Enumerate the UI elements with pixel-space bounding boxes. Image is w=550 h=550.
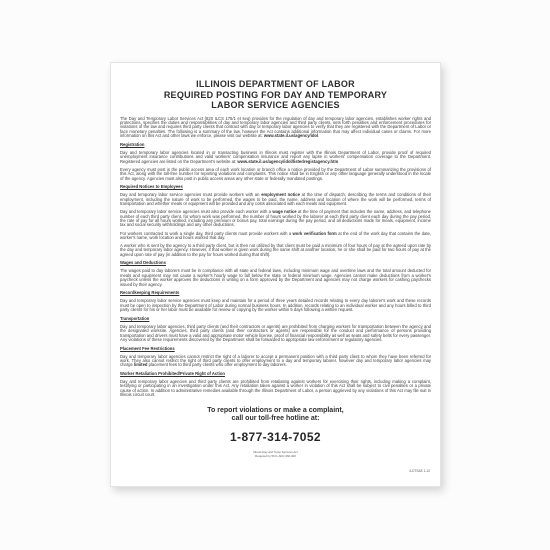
section-paragraph: Day and temporary labor agencies, third …	[120, 325, 431, 343]
poster-sections: RegistrationDay and temporary labor agen…	[120, 143, 431, 398]
intro-paragraph: The Day and Temporary Labor Services Act…	[120, 117, 431, 139]
section-paragraph: A worker who is sent by the agency to a …	[120, 244, 431, 257]
section-heading: Placement Fee Restrictions	[120, 347, 431, 351]
section-heading: Recordkeeping Requirements	[120, 291, 431, 295]
poster-title-line-3: LABOR SERVICE AGENCIES	[120, 100, 431, 111]
footer-act-reference: Illinois Day and Temp Services Act Requi…	[120, 451, 431, 458]
section-paragraph: Day and temporary labor service agencies…	[120, 299, 431, 312]
section-paragraph: Day and temporary labor service agencies…	[120, 210, 431, 228]
section-heading: Required Notices to Employees	[120, 185, 431, 189]
section-heading: Transportation	[120, 317, 431, 321]
footer-act-line-2: Required by 56 IL ADC 260.400	[120, 455, 431, 459]
poster-title-line-1: ILLINOIS DEPARTMENT OF LABOR	[120, 79, 431, 90]
section-paragraph: Every agency must post in the public acc…	[120, 168, 431, 181]
section-paragraph: For workers contracted to work a single …	[120, 232, 431, 241]
section-paragraph: The wages paid to day laborers must be i…	[120, 269, 431, 287]
section-heading: Worker Retaliation Prohibited/Private Ri…	[120, 372, 431, 376]
hotline-block: To report violations or make a complaint…	[120, 407, 431, 444]
hotline-line-2: call our toll-free hotline at:	[120, 415, 431, 424]
section-paragraph: Day and temporary labor agencies and thi…	[120, 380, 431, 398]
section-paragraph: Day and temporary labor agencies located…	[120, 151, 431, 164]
section-paragraph: Day and temporary labor service agencies…	[120, 193, 431, 206]
poster-title-line-2: REQUIRED POSTING FOR DAY AND TEMPORARY	[120, 90, 431, 101]
footer-form-code: ILDTSAE 1-12	[409, 469, 430, 473]
page-background: ILLINOIS DEPARTMENT OF LABOR REQUIRED PO…	[0, 0, 550, 550]
hotline-phone-number: 1-877-314-7052	[120, 431, 431, 444]
section-heading: Registration	[120, 143, 431, 147]
poster-title: ILLINOIS DEPARTMENT OF LABOR REQUIRED PO…	[120, 79, 431, 111]
poster-sheet: ILLINOIS DEPARTMENT OF LABOR REQUIRED PO…	[110, 62, 441, 487]
section-heading: Wages and Deductions	[120, 261, 431, 265]
section-paragraph: Day and temporary labor agencies cannot …	[120, 355, 431, 368]
hotline-line-1: To report violations or make a complaint…	[120, 407, 431, 416]
